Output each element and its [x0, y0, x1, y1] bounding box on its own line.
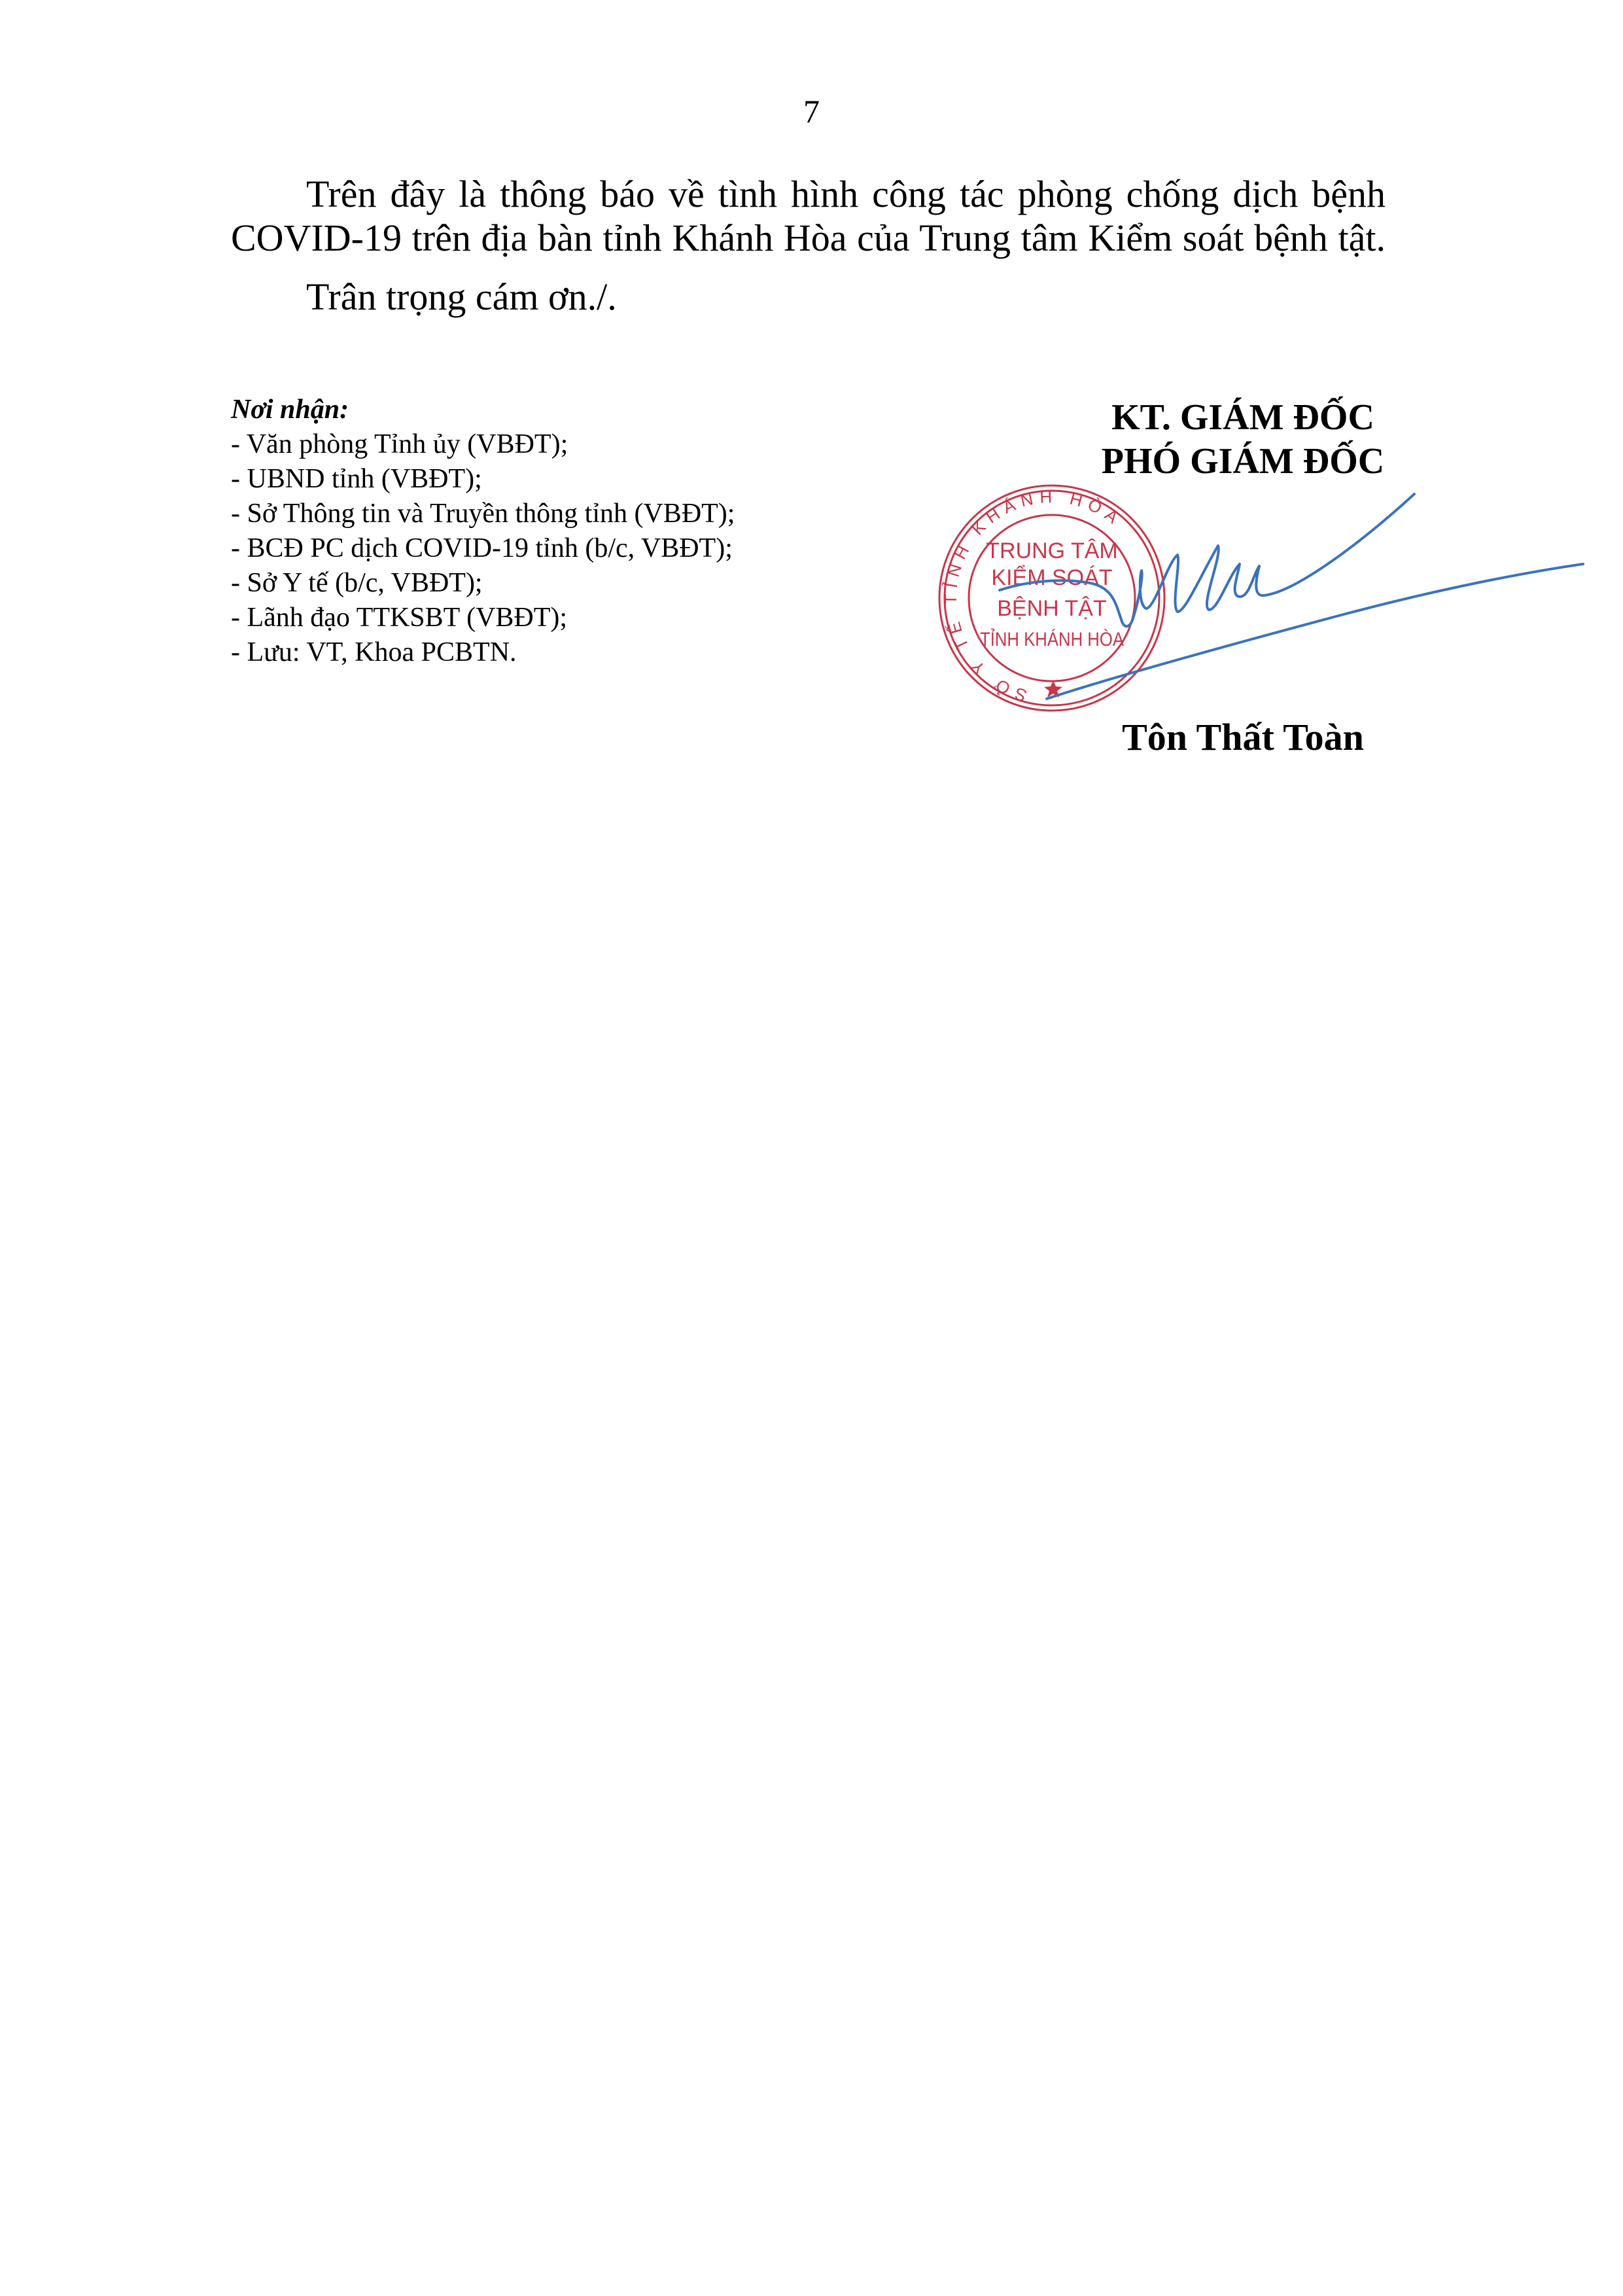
seal-center-line: BỆNH TẬT [997, 596, 1107, 621]
signer-name: Tôn Thất Toàn [1073, 715, 1413, 759]
seal-and-signature: SỞ Y TẾ TỈNH KHÁNH HÒA TRUNG TÂM KIỂM SO… [0, 0, 1623, 785]
official-seal-icon: SỞ Y TẾ TỈNH KHÁNH HÒA TRUNG TÂM KIỂM SO… [939, 486, 1164, 711]
seal-center-line: TRUNG TÂM [986, 539, 1117, 563]
seal-center-line: TỈNH KHÁNH HÒA [980, 628, 1124, 650]
